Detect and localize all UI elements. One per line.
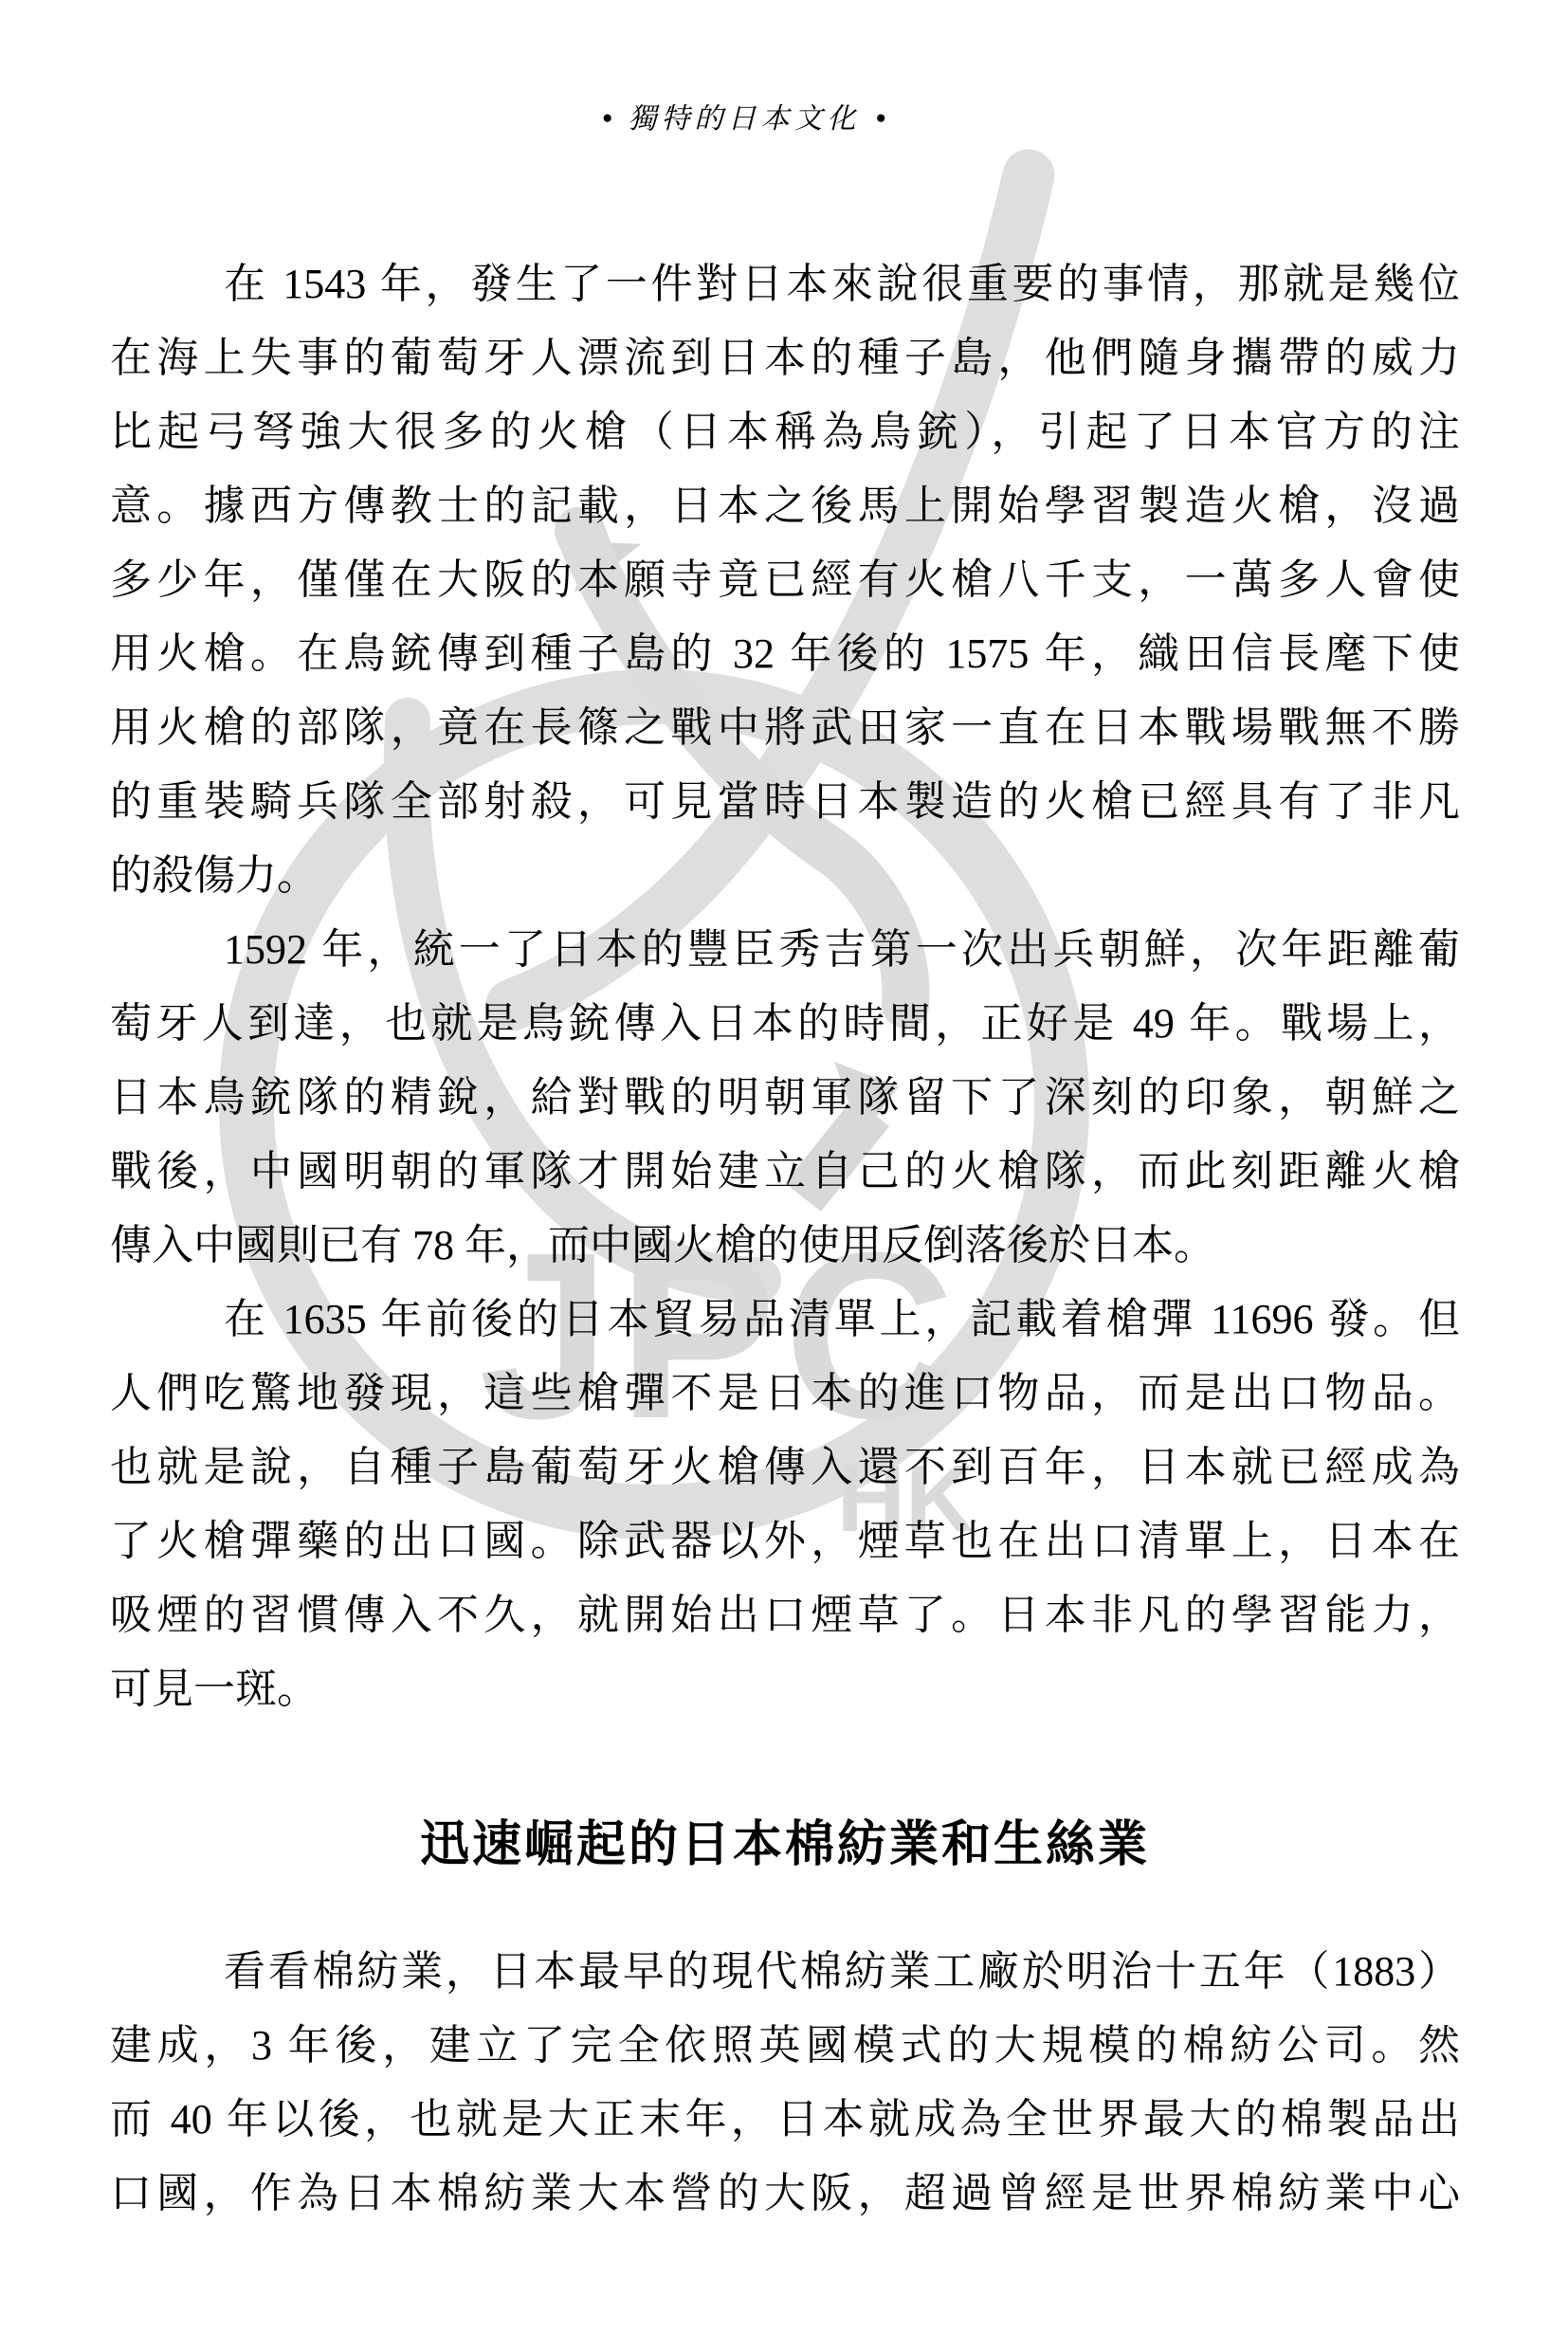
paragraph: 1592 年，統一了日本的豐臣秀吉第一次出兵朝鮮，次年距離葡 萄牙人到達，也就是…: [110, 913, 1460, 1283]
text-line: 而 40 年以後，也就是大正末年，日本就成為全世界最大的棉製品出: [110, 2083, 1460, 2157]
text-line: 意。據西方傳教士的記載，日本之後馬上開始學習製造火槍，沒過: [110, 469, 1460, 543]
header-bullet-right-icon: ●: [876, 108, 886, 128]
text-line: 人們吃驚地發現，這些槍彈不是日本的進口物品，而是出口物品。: [110, 1357, 1460, 1431]
text-line: 也就是說，自種子島葡萄牙火槍傳入還不到百年，日本就已經成為: [110, 1431, 1460, 1504]
text-line: 1592 年，統一了日本的豐臣秀吉第一次出兵朝鮮，次年距離葡: [110, 913, 1460, 987]
text-line: 在 1543 年，發生了一件對日本來說很重要的事情，那就是幾位: [110, 247, 1460, 321]
text-line: 戰後，中國明朝的軍隊才開始建立自己的火槍隊，而此刻距離火槍: [110, 1135, 1460, 1209]
text-line: 的重裝騎兵隊全部射殺，可見當時日本製造的火槍已經具有了非凡: [110, 765, 1460, 839]
text-line: 傳入中國則已有 78 年，而中國火槍的使用反倒落後於日本。: [110, 1209, 1460, 1283]
text-line: 比起弓弩強大很多的火槍（日本稱為鳥銃），引起了日本官方的注: [110, 395, 1460, 469]
text-line: 看看棉紡業，日本最早的現代棉紡業工廠於明治十五年（1883）: [110, 1935, 1460, 2009]
text-line: 用火槍。在鳥銃傳到種子島的 32 年後的 1575 年，織田信長麾下使: [110, 617, 1460, 691]
text-line: 在海上失事的葡萄牙人漂流到日本的種子島，他們隨身攜帶的威力: [110, 321, 1460, 395]
paragraph: 在 1543 年，發生了一件對日本來說很重要的事情，那就是幾位 在海上失事的葡萄…: [110, 247, 1460, 913]
text-line: 在 1635 年前後的日本貿易品清單上，記載着槍彈 11696 發。但: [110, 1283, 1460, 1357]
text-line: 多少年，僅僅在大阪的本願寺竟已經有火槍八千支，一萬多人會使: [110, 543, 1460, 617]
header-bullet-left-icon: ●: [602, 108, 612, 128]
text-line: 日本鳥銃隊的精銳，給對戰的明朝軍隊留下了深刻的印象，朝鮮之: [110, 1061, 1460, 1135]
text-line: 建成，3 年後，建立了完全依照英國模式的大規模的棉紡公司。然: [110, 2009, 1460, 2083]
body-text-block: 在 1543 年，發生了一件對日本來說很重要的事情，那就是幾位 在海上失事的葡萄…: [110, 247, 1460, 1726]
text-line: 可見一斑。: [110, 1652, 1460, 1726]
text-line: 用火槍的部隊，竟在長篠之戰中將武田家一直在日本戰場戰無不勝: [110, 691, 1460, 765]
text-line: 口國，作為日本棉紡業大本營的大阪，超過曾經是世界棉紡業中心: [110, 2157, 1460, 2231]
text-line: 吸煙的習慣傳入不久，就開始出口煙草了。日本非凡的學習能力，: [110, 1578, 1460, 1652]
paragraph: 看看棉紡業，日本最早的現代棉紡業工廠於明治十五年（1883） 建成，3 年後，建…: [110, 1935, 1460, 2231]
running-header: ●獨特的日本文化●: [0, 95, 1488, 137]
section-heading: 迅速崛起的日本棉紡業和生絲業: [110, 1804, 1460, 1875]
body-text-block: 看看棉紡業，日本最早的現代棉紡業工廠於明治十五年（1883） 建成，3 年後，建…: [110, 1935, 1460, 2231]
text-line: 萄牙人到達，也就是鳥銃傳入日本的時間，正好是 49 年。戰場上，: [110, 987, 1460, 1061]
running-header-title: 獨特的日本文化: [629, 103, 861, 135]
paragraph: 在 1635 年前後的日本貿易品清單上，記載着槍彈 11696 發。但 人們吃驚…: [110, 1283, 1460, 1726]
book-page: JPC HK ●獨特的日本文化● 在 1543 年，發生了一件對日本來說很重要的…: [0, 0, 1568, 2352]
text-line: 了火槍彈藥的出口國。除武器以外，煙草也在出口清單上，日本在: [110, 1504, 1460, 1578]
text-line: 的殺傷力。: [110, 839, 1460, 913]
